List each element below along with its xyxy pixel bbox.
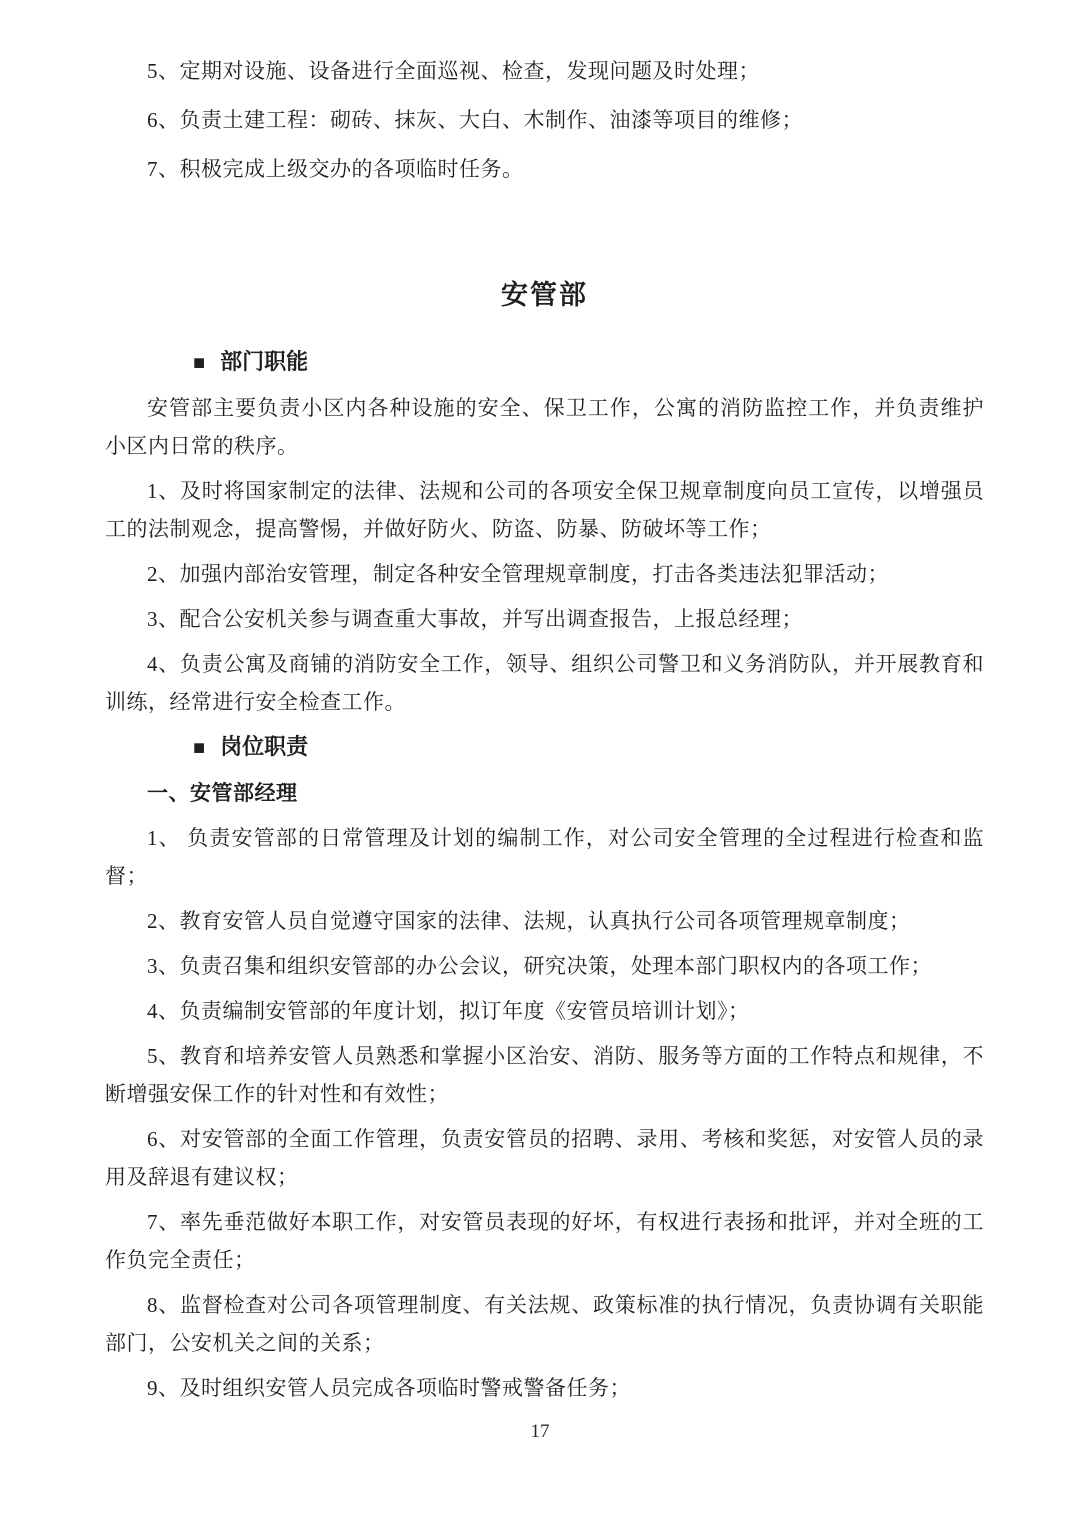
list-item: 1、 负责安管部的日常管理及计划的编制工作，对公司安全管理的全过程进行检查和监督… [105,819,984,895]
carryover-item: 5、定期对设施、设备进行全面巡视、检查，发现问题及时处理； [105,52,984,90]
black-square-icon: ■ [149,729,205,767]
list-item: 3、配合公安机关参与调查重大事故，并写出调查报告，上报总经理； [105,600,984,638]
subsection-title-manager: 一、安管部经理 [105,774,984,812]
section-heading-label: 部门职能 [220,349,308,374]
document-page: 5、定期对设施、设备进行全面巡视、检查，发现问题及时处理； 6、负责土建工程：砌… [0,0,1080,1527]
section-heading-post-duties: ■岗位职责 [105,728,984,767]
list-item: 4、负责编制安管部的年度计划，拟订年度《安管员培训计划》； [105,992,984,1030]
list-item: 1、及时将国家制定的法律、法规和公司的各项安全保卫规章制度向员工宣传，以增强员工… [105,472,984,548]
section-heading-dept-functions: ■部门职能 [105,343,984,382]
carryover-list: 5、定期对设施、设备进行全面巡视、检查，发现问题及时处理； 6、负责土建工程：砌… [105,52,984,188]
list-item: 7、率先垂范做好本职工作，对安管员表现的好坏，有权进行表扬和批评，并对全班的工作… [105,1203,984,1279]
page-title: 安管部 [105,274,984,316]
dept-functions-intro: 安管部主要负责小区内各种设施的安全、保卫工作，公寓的消防监控工作，并负责维护小区… [105,389,984,465]
list-item: 9、及时组织安管人员完成各项临时警戒警备任务； [105,1369,984,1407]
page-number: 17 [0,1421,1080,1443]
list-item: 8、监督检查对公司各项管理制度、有关法规、政策标准的执行情况，负责协调有关职能部… [105,1286,984,1362]
carryover-item: 6、负责土建工程：砌砖、抹灰、大白、木制作、油漆等项目的维修； [105,101,984,139]
carryover-item: 7、积极完成上级交办的各项临时任务。 [105,150,984,188]
list-item: 6、对安管部的全面工作管理，负责安管员的招聘、录用、考核和奖惩，对安管人员的录用… [105,1120,984,1196]
black-square-icon: ■ [149,344,205,382]
list-item: 5、教育和培养安管人员熟悉和掌握小区治安、消防、服务等方面的工作特点和规律，不断… [105,1037,984,1113]
list-item: 2、教育安管人员自觉遵守国家的法律、法规，认真执行公司各项管理规章制度； [105,902,984,940]
list-item: 2、加强内部治安管理，制定各种安全管理规章制度，打击各类违法犯罪活动； [105,555,984,593]
section-heading-label: 岗位职责 [220,734,308,759]
list-item: 4、负责公寓及商铺的消防安全工作，领导、组织公司警卫和义务消防队，并开展教育和训… [105,645,984,721]
list-item: 3、负责召集和组织安管部的办公会议，研究决策，处理本部门职权内的各项工作； [105,947,984,985]
